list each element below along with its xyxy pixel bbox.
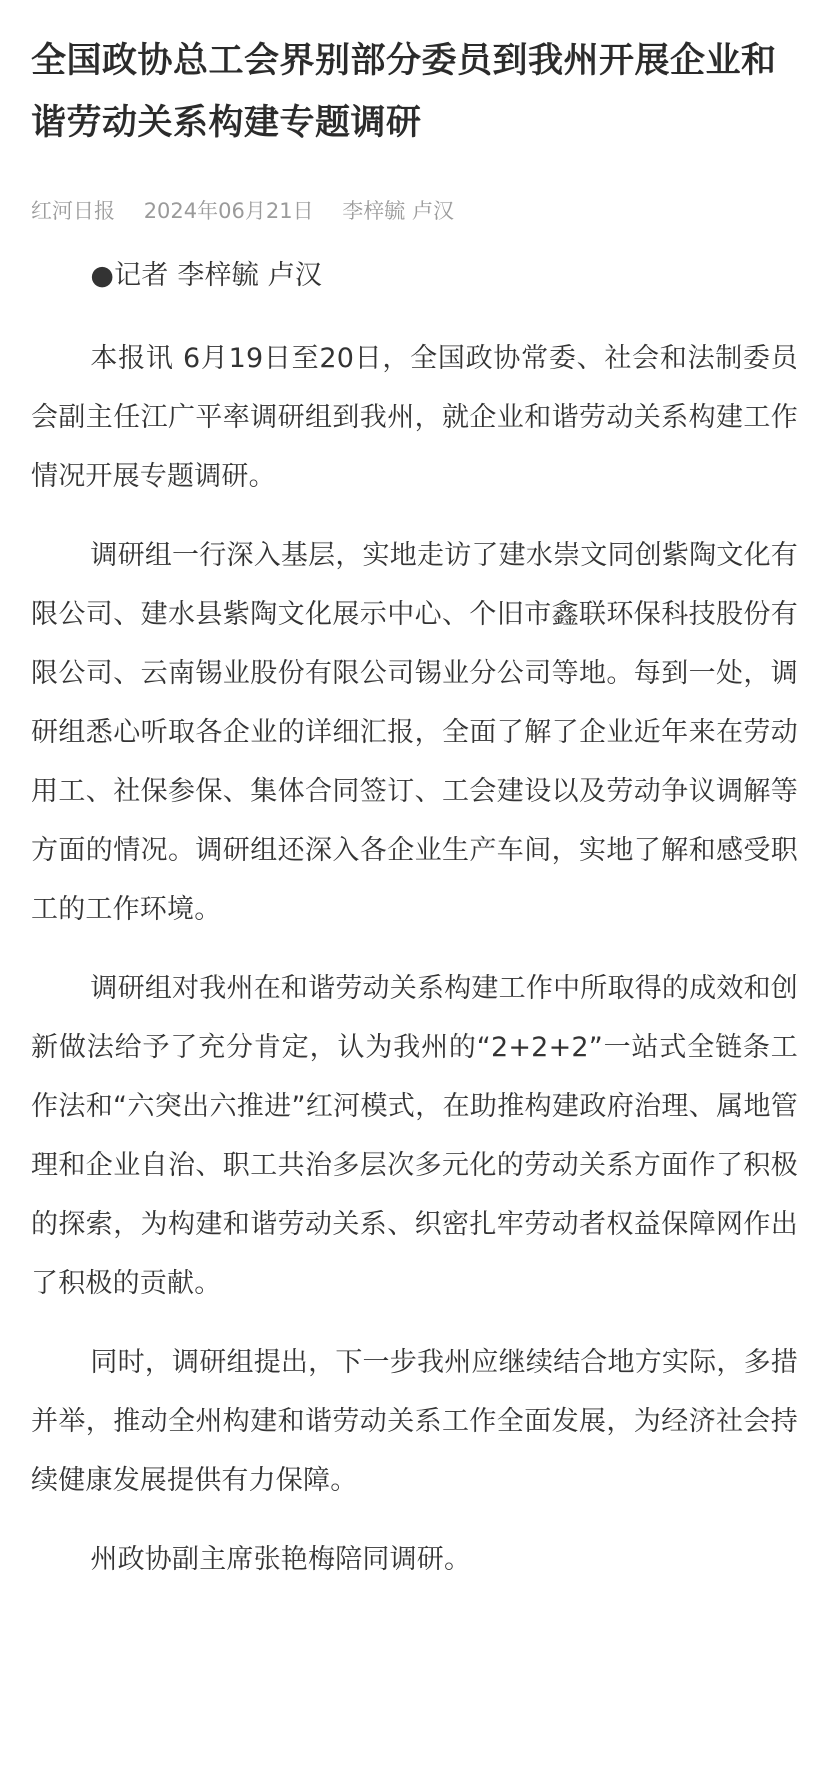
article-title: 全国政协总工会界别部分委员到我州开展企业和谐劳动关系构建专题调研 [31,30,798,154]
paragraph: 调研组一行深入基层，实地走访了建水崇文同创紫陶文化有限公司、建水县紫陶文化展示中… [31,526,798,939]
article-meta: 红河日报 2024年06月21日 李梓毓 卢汉 [31,196,798,226]
article-authors: 李梓毓 卢汉 [342,199,454,223]
paragraph: 同时，调研组提出，下一步我州应继续结合地方实际，多措并举，推动全州构建和谐劳动关… [31,1333,798,1510]
article-date: 2024年06月21日 [144,199,314,223]
paragraph: 州政协副主席张艳梅陪同调研。 [31,1530,798,1589]
reporter-line: ●记者 李梓毓 卢汉 [31,246,798,305]
article-body: ●记者 李梓毓 卢汉 本报讯 6月19日至20日，全国政协常委、社会和法制委员会… [31,246,798,1589]
paragraph: 调研组对我州在和谐劳动关系构建工作中所取得的成效和创新做法给予了充分肯定，认为我… [31,959,798,1313]
paragraph: 本报讯 6月19日至20日，全国政协常委、社会和法制委员会副主任江广平率调研组到… [31,329,798,506]
article: 全国政协总工会界别部分委员到我州开展企业和谐劳动关系构建专题调研 红河日报 20… [0,0,828,1589]
article-source: 红河日报 [31,199,115,223]
